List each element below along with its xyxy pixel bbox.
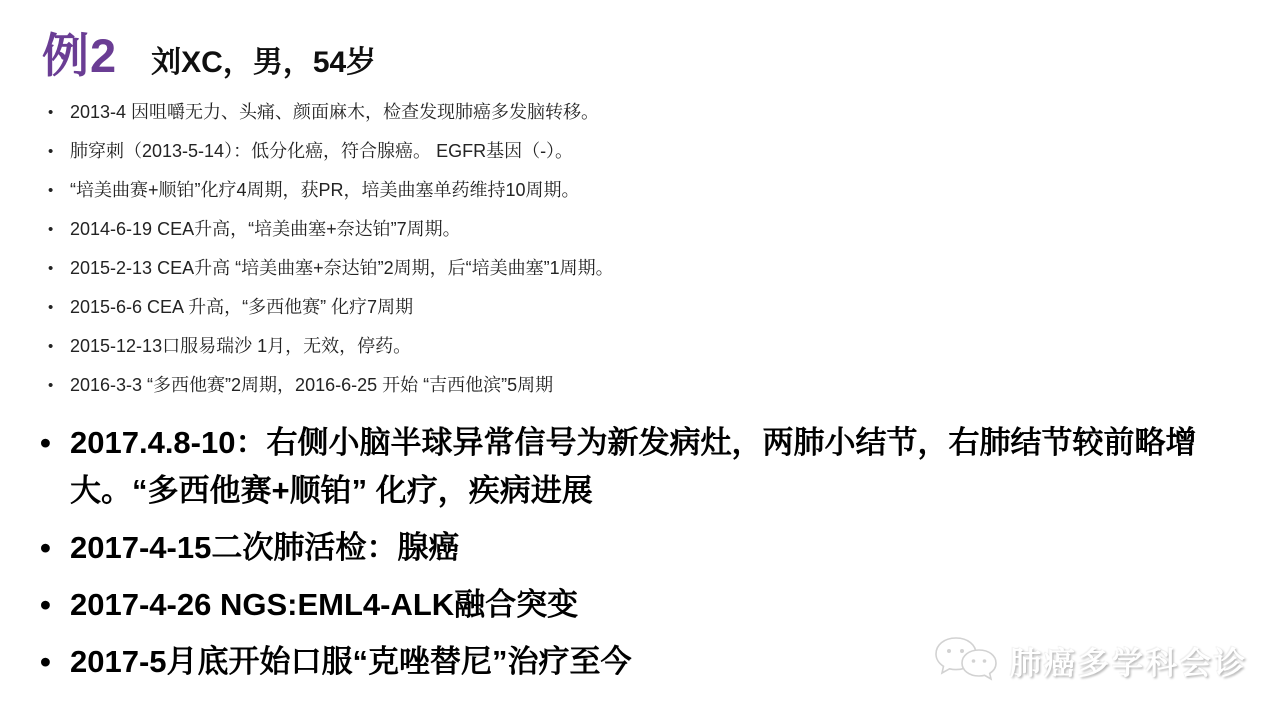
history-item: 2015-6-6 CEA 升高，“多西他赛” 化疗7周期 [40,288,1244,327]
slide-title: 例2 刘XC，男，54岁 [42,32,1244,79]
key-item: 2017-4-26 NGS:EML4-ALK融合突变 [40,581,1244,629]
history-item: 肺穿刺（2013-5-14）：低分化癌，符合腺癌。 EGFR基因（-）。 [40,132,1244,171]
history-item: 2015-2-13 CEA升高 “培美曲塞+奈达铂”2周期，后“培美曲塞”1周期… [40,249,1244,288]
history-item: “培美曲赛+顺铂”化疗4周期，获PR，培美曲塞单药维持10周期。 [40,171,1244,210]
case-number-label: 例2 [42,32,117,79]
wechat-icon [932,634,1000,686]
key-item: 2017.4.8-10：右侧小脑半球异常信号为新发病灶，两肺小结节，右肺结节较前… [40,419,1244,515]
patient-info-label: 刘XC，男，54岁 [151,48,376,78]
key-item: 2017-4-15二次肺活检：腺癌 [40,524,1244,572]
history-item: 2014-6-19 CEA升高，“培美曲塞+奈达铂”7周期。 [40,210,1244,249]
history-item: 2016-3-3 “多西他赛”2周期，2016-6-25 开始 “吉西他滨”5周… [40,366,1244,405]
watermark-text: 肺癌多学科会诊 [1010,638,1248,683]
history-bullet-list: 2013-4 因咀嚼无力、头痛、颜面麻木，检查发现肺癌多发脑转移。 肺穿刺（20… [40,93,1244,405]
history-item: 2015-12-13口服易瑞沙 1月，无效，停药。 [40,327,1244,366]
slide: 例2 刘XC，男，54岁 2013-4 因咀嚼无力、头痛、颜面麻木，检查发现肺癌… [0,0,1280,720]
history-item: 2013-4 因咀嚼无力、头痛、颜面麻木，检查发现肺癌多发脑转移。 [40,93,1244,132]
watermark: 肺癌多学科会诊 [932,634,1248,686]
